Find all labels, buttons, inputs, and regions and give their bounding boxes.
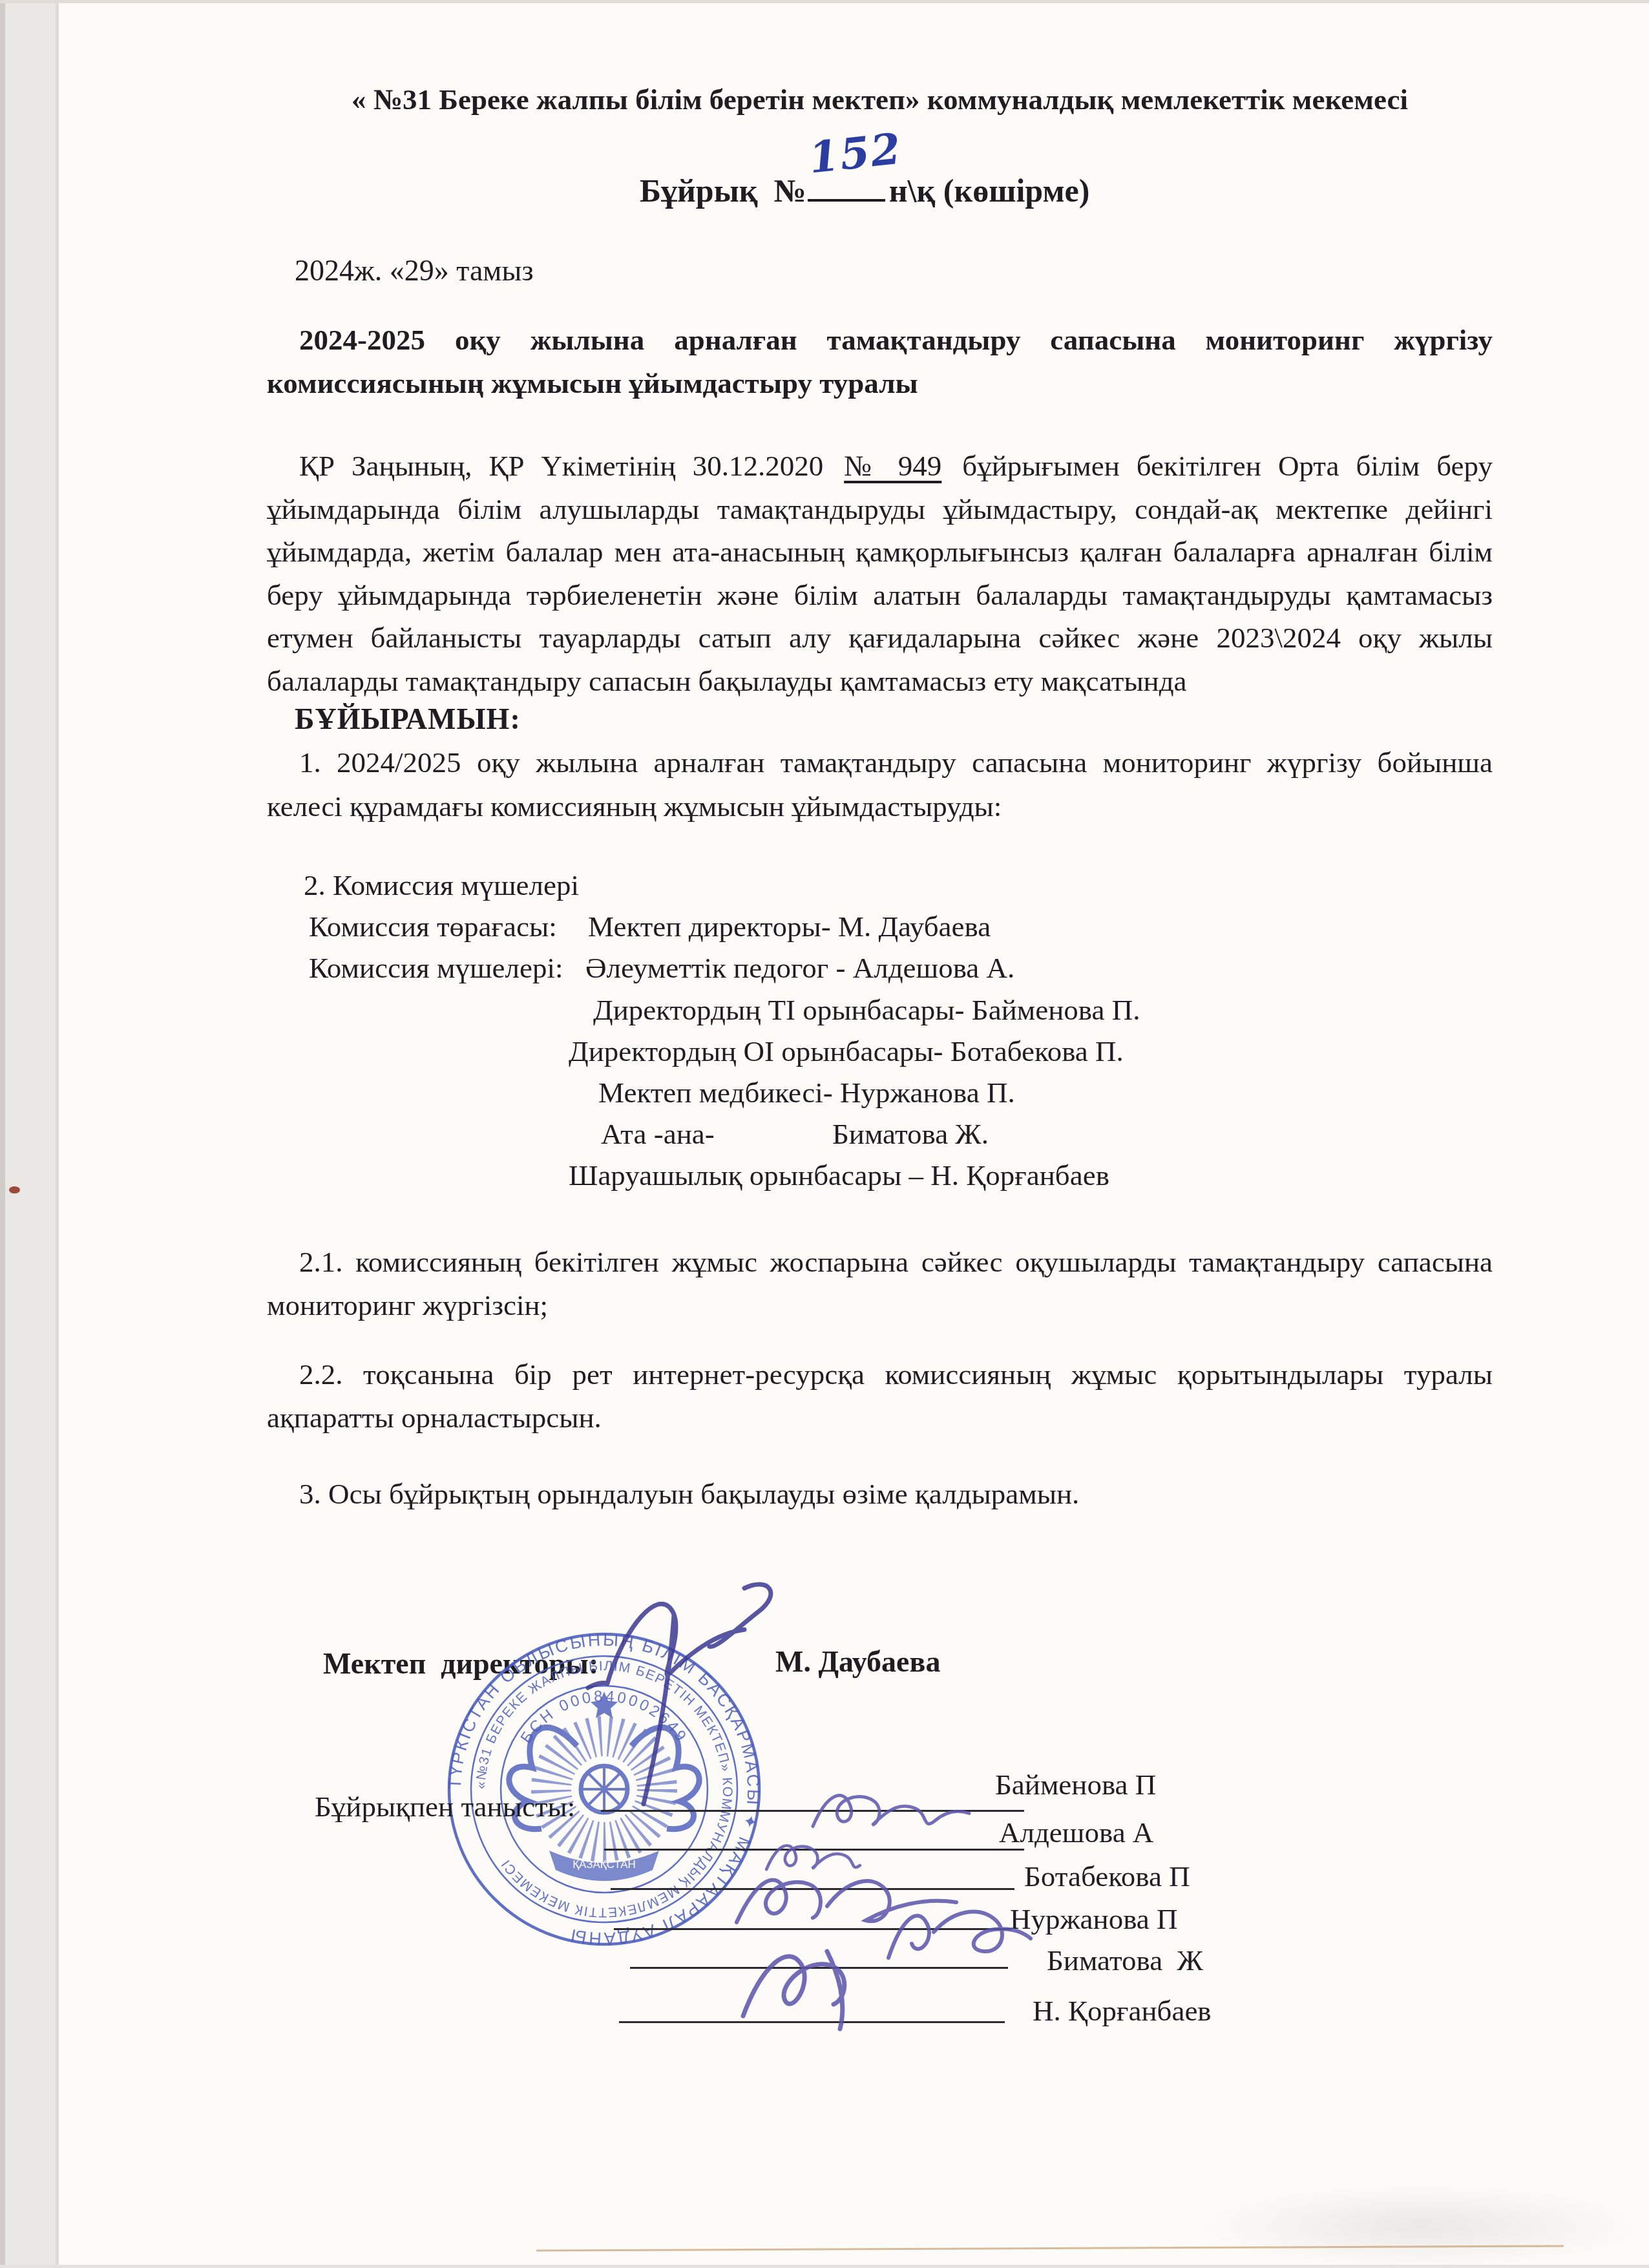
scanned-order-document: { "doc": { "org_line": "« №31 Береке жал… — [0, 0, 1649, 2268]
commission-members-row: Комиссия мүшелері:Әлеуметтік педогог - А… — [309, 951, 1014, 985]
member-signature — [730, 1932, 924, 2035]
scan-left-edge — [0, 0, 5, 2268]
order-number-slot: 152 — [808, 163, 885, 202]
acknowledgement-label: Бұйрықпен танысты: — [315, 1790, 575, 1823]
order-number-line: Бұйрық №152н\қ (көшірме) — [640, 163, 1089, 209]
preamble-line-3: ұйымдарда, жетім балалар мен ата-анасыны… — [267, 530, 1493, 574]
preamble-line-1: ҚР Заңының, ҚР Үкіметінің 30.12.2020 № 9… — [267, 445, 1493, 488]
commission-members-value: Әлеуметтік педогог - Алдешова А. — [585, 952, 1014, 984]
preamble-line-6: балаларды тамақтандыру сапасын бақылауды… — [267, 660, 1493, 703]
subject-line-2: комиссиясының жұмысын ұйымдастыру туралы — [267, 366, 1493, 400]
parent-value: Биматова Ж. — [832, 1118, 989, 1150]
order-item-2-1: 2.1. комиссияның бекітілген жұмыс жоспар… — [267, 1241, 1493, 1327]
stamp-country-text: ҚАЗАҚСТАН — [572, 1858, 636, 1871]
signer-name: Ботабекова П — [1024, 1860, 1190, 1893]
signer-name: Байменова П — [995, 1768, 1156, 1801]
commission-chair-row: Комиссия төрағасы:Мектеп директоры- М. Д… — [309, 910, 991, 943]
order-label: Бұйрық № — [640, 173, 806, 209]
signer-name: Алдешова А — [999, 1816, 1153, 1849]
legal-reference: № 949 — [840, 450, 945, 482]
commission-member-row: Директордың ТІ орынбасары- Байменова П. — [593, 993, 1140, 1027]
preamble-line-2: ұйымдарында білім алушыларды тамақтандыр… — [267, 488, 1493, 531]
resolve-heading: БҰЙЫРАМЫН: — [295, 702, 521, 736]
scan-left-strip — [0, 0, 57, 2268]
subject-line-1: 2024-2025 оқу жылына арналған тамақтанды… — [267, 323, 1493, 357]
preamble-line-4: беру ұйымдарында тәрбиеленетін және білі… — [267, 574, 1493, 617]
commission-chair-label: Комиссия төрағасы: — [309, 910, 588, 943]
commission-member-row: Ата -ана-Биматова Ж. — [601, 1117, 989, 1151]
organization-title: « №31 Береке жалпы білім беретін мектеп»… — [267, 83, 1493, 116]
commission-member-row: Шаруашылық орынбасары – Н. Қорғанбаев — [569, 1159, 1109, 1192]
scan-left-shadow — [56, 0, 59, 2268]
commission-chair-value: Мектеп директоры- М. Даубаева — [588, 910, 991, 943]
scan-shadow-blob — [1195, 2184, 1648, 2268]
order-item-2-2: 2.2. тоқсанына бір рет интернет-ресурсқа… — [267, 1353, 1493, 1440]
preamble-line-5: етумен байланысты тауарларды сатып алу қ… — [267, 616, 1493, 660]
signer-name: Н. Қорғанбаев — [1033, 1994, 1212, 2028]
section-2-heading: 2. Комиссия мүшелері — [304, 868, 579, 902]
order-item-1: 1. 2024/2025 оқу жылына арналған тамақта… — [267, 740, 1493, 828]
handwritten-order-number: 152 — [806, 123, 904, 184]
signer-name: Биматова Ж — [1047, 1944, 1203, 1977]
order-date: 2024ж. «29» тамыз — [295, 253, 534, 288]
commission-member-row: Директордың ОІ орынбасары- Ботабекова П. — [569, 1034, 1124, 1068]
order-item-3: 3. Осы бұйрықтың орындалуын бақылауды өз… — [267, 1477, 1493, 1511]
scan-top-edge — [0, 0, 1649, 3]
director-signature — [562, 1551, 808, 1829]
order-suffix: н\қ (көшірме) — [889, 173, 1090, 209]
commission-member-row: Мектеп медбикесі- Нуржанова П. — [598, 1076, 1015, 1109]
parent-label: Ата -ана- — [601, 1117, 832, 1151]
ink-speck — [9, 1186, 20, 1193]
commission-members-label: Комиссия мүшелері: — [309, 951, 585, 985]
preamble-paragraph: ҚР Заңының, ҚР Үкіметінің 30.12.2020 № 9… — [267, 445, 1493, 702]
